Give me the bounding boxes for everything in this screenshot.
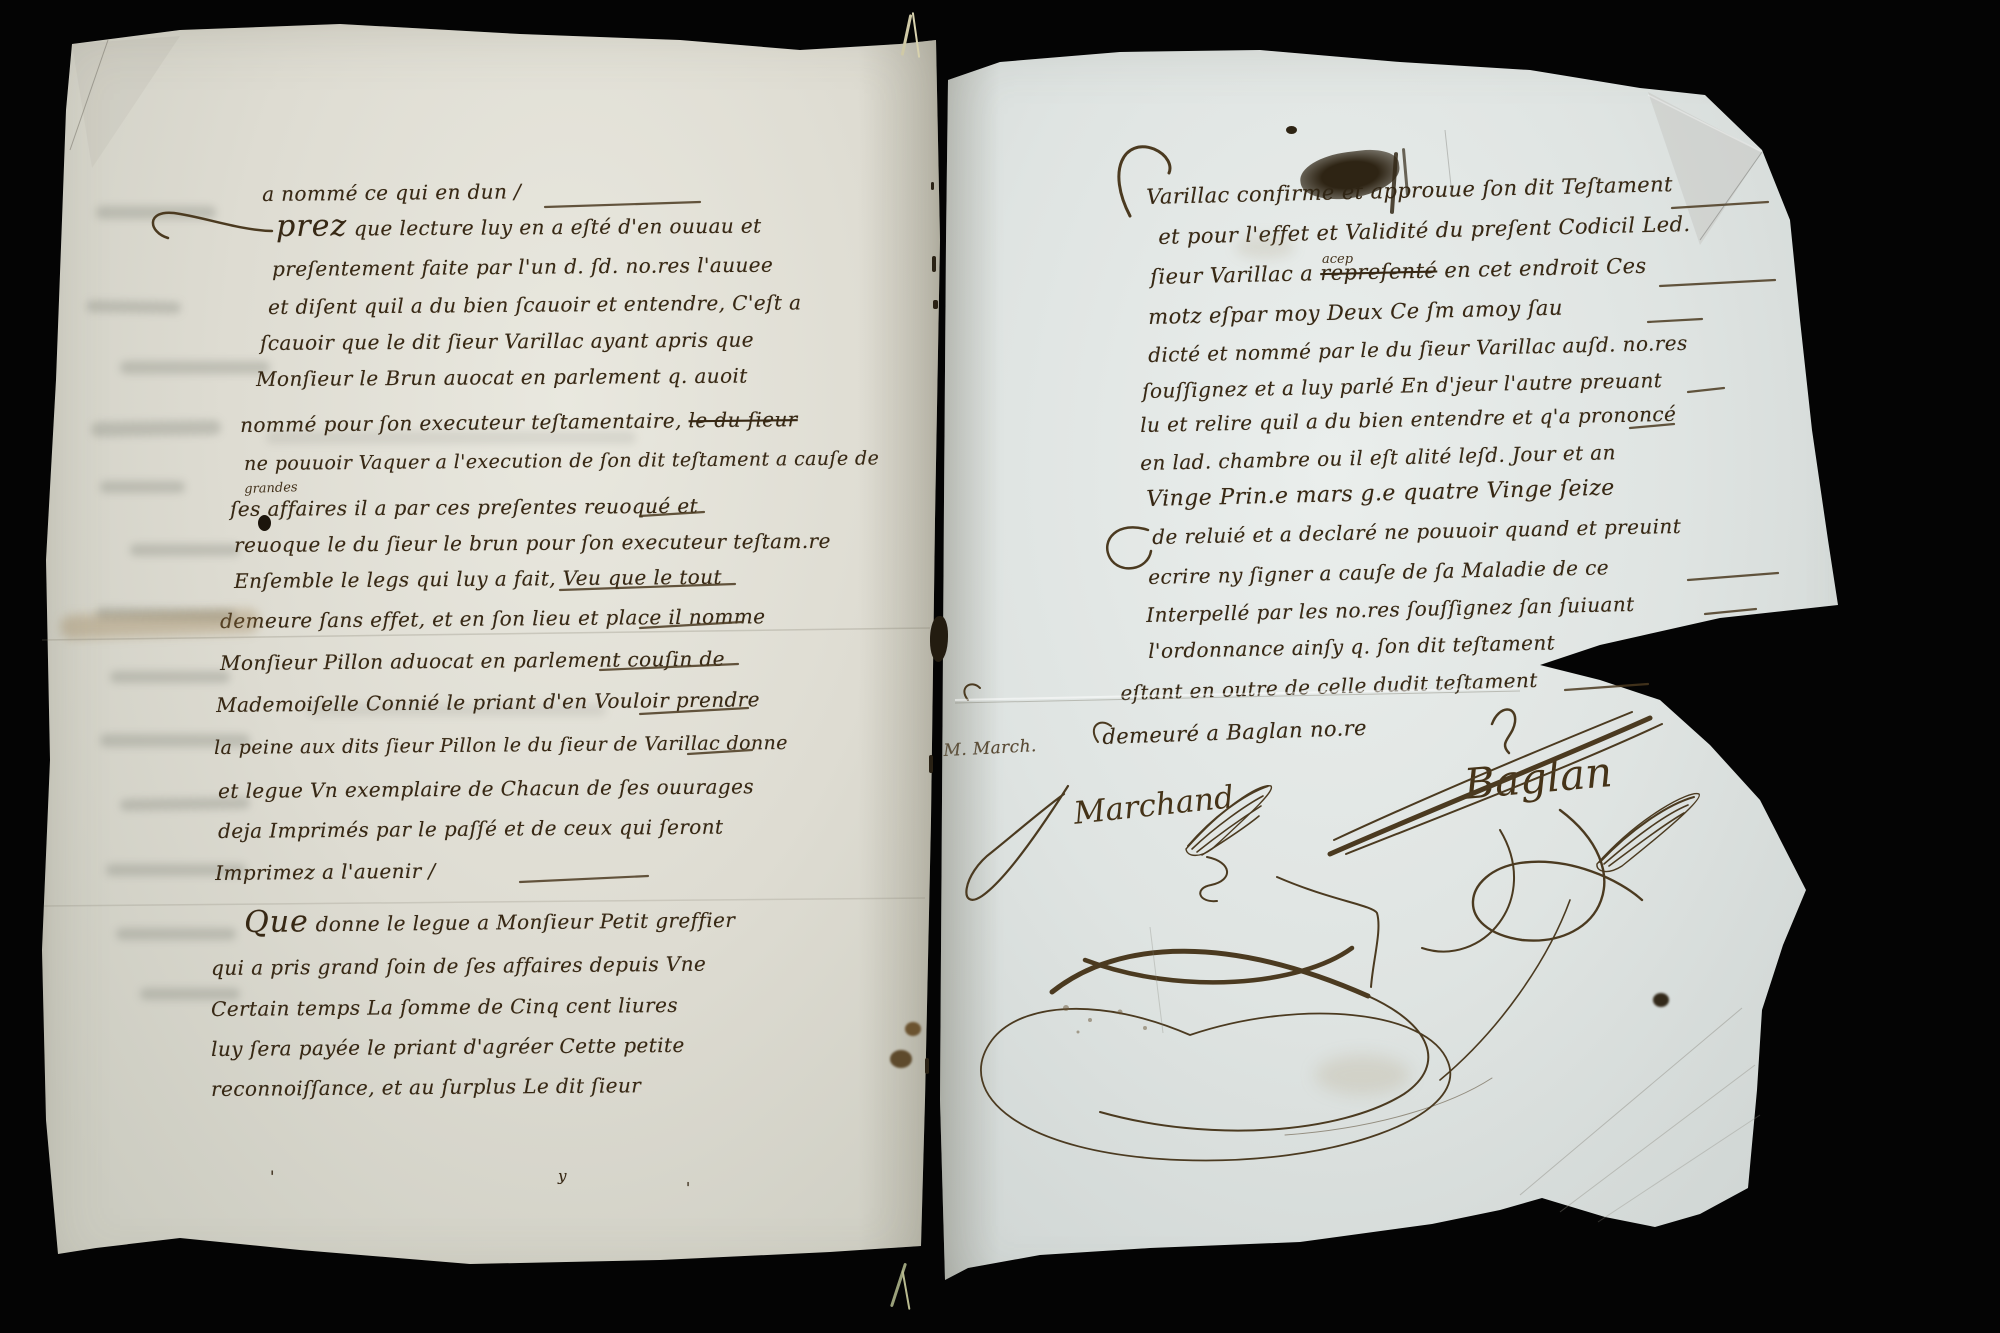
left-page: a nommé ce qui en dun ∕ prez que lecture…	[36, 16, 948, 1292]
manuscript-line: luy ſera payée le priant d'agréer Cette …	[211, 1034, 685, 1060]
manuscript-line: de reluié et a declaré ne pouuoir quand …	[1152, 515, 1681, 548]
manuscript-line: ecrire ny ſigner a cauſe de ſa Maladie d…	[1148, 556, 1609, 588]
manuscript-line: Interpellé par les no.res ſouſſignez ſan…	[1146, 593, 1635, 626]
line-text: reconnoiſſance, et au ſurplus Le dit ſie…	[211, 1073, 641, 1101]
manuscript-line: Mademoiſelle Connié le priant d'en Voulo…	[216, 688, 760, 716]
line-text: ecrire ny ſigner a cauſe de ſa Maladie d…	[1148, 555, 1609, 589]
manuscript-line: ſouſſignez et a luy parlé En d'jeur l'au…	[1142, 369, 1662, 402]
manuscript-line: Vinge Prin.e mars g.e quatre Vinge ſeize	[1146, 477, 1615, 513]
manuscript-line: lu et relire quil a du bien entendre et …	[1140, 403, 1676, 436]
manuscript-line: Que donne le legue a Monſieur Petit gref…	[244, 901, 735, 939]
ink-blot	[258, 515, 271, 531]
line-text: en cet endroit Ces	[1437, 254, 1647, 283]
ghost-writing	[116, 928, 236, 940]
manuscript-line: qui a pris grand ſoin de ſes affaires de…	[211, 953, 706, 979]
manuscript-line: eſtant en outre de celle dudit teſtament	[1120, 669, 1538, 704]
manuscript-line: deja Imprimés par le paſſé et de ceux qu…	[218, 816, 723, 842]
line-text: motz eſpar moy Deux Ce ſm amoy ſau	[1148, 296, 1563, 329]
line-text: Vinge Prin.e mars g.e quatre Vinge ſeize	[1146, 476, 1615, 512]
line-text: Mademoiſelle Connié le priant d'en Voulo…	[216, 687, 760, 717]
line-text: Que	[244, 904, 309, 940]
manuscript-line: Monſieur le Brun auocat en parlement q. …	[256, 365, 748, 390]
line-text: de reluié et a declaré ne pouuoir quand …	[1152, 514, 1681, 549]
line-text: ſouſſignez et a luy parlé En d'jeur l'au…	[1142, 368, 1662, 403]
line-text: y	[558, 1167, 567, 1185]
dog-ear-fold	[66, 36, 186, 176]
line-text: dicté et nommé par le du ſieur Varillac …	[1148, 331, 1688, 367]
line-text: luy ſera payée le priant d'agréer Cette …	[211, 1033, 685, 1061]
line-text: grandes	[244, 480, 298, 497]
line-text: demeure ſans effet, et en ſon lieu et pl…	[220, 604, 766, 633]
line-text: ſes affaires il a par ces preſentes reuo…	[230, 494, 698, 521]
stain	[60, 609, 261, 640]
manuscript-line: Certain temps La ſomme de Cinq cent liur…	[211, 994, 678, 1020]
line-text: '	[686, 1179, 691, 1197]
line-text: deja Imprimés par le paſſé et de ceux qu…	[218, 815, 724, 843]
manuscript-line: en lad. chambre ou il eſt alité leſd. Jo…	[1140, 441, 1616, 474]
struck-text: le du ſieur	[688, 407, 797, 432]
manuscript-line: ne pouuoir Vaquer a l'execution de ſon d…	[244, 448, 879, 474]
line-text: nommé pour ſon executeur teſtamentaire,	[240, 408, 689, 437]
ghost-writing	[91, 420, 221, 437]
line-text: demeuré a Baglan no.re	[1102, 716, 1367, 749]
ink-spot	[1653, 993, 1669, 1007]
inserted-word: grandes	[244, 480, 298, 497]
line-text: preſentement faite par l'un d. ſd. no.re…	[272, 253, 773, 281]
line-text: Varillac confirme et approuue ſon dit Te…	[1146, 172, 1673, 209]
manuscript-line: demeure ſans effet, et en ſon lieu et pl…	[220, 605, 766, 632]
line-text: Monſieur Pillon aduocat en parlement cou…	[220, 647, 725, 675]
line-text: reuoque le du ſieur le brun pour ſon exe…	[234, 529, 831, 557]
line-text: et diſent quil a du bien ſcauoir et ente…	[268, 290, 802, 319]
binding-thread	[902, 1270, 911, 1310]
line-text: et legue Vn exemplaire de Chacun de ſes …	[218, 774, 754, 803]
manuscript-line: ſes affaires il a par ces preſentes reuo…	[230, 495, 698, 520]
line-text: a nommé ce qui en dun ∕	[262, 179, 521, 206]
line-text: Imprimez a l'auenir ∕	[215, 859, 436, 885]
stitch-mark	[933, 300, 938, 309]
stitch-mark	[925, 1058, 929, 1074]
manuscript-line: Monſieur Pillon aduocat en parlement cou…	[220, 648, 725, 674]
spine-stain	[905, 1022, 921, 1036]
line-text: lu et relire quil a du bien entendre et …	[1140, 402, 1677, 437]
stray-ink-mark: '	[686, 1180, 691, 1197]
manuscript-line: ſcauoir que le dit ſieur Varillac ayant …	[260, 329, 754, 354]
manuscript-line: la peine aux dits ſieur Pillon le du ſie…	[214, 733, 788, 759]
stitch-mark	[931, 182, 934, 190]
line-text: prez	[276, 209, 347, 244]
stray-ink-mark: '	[270, 1168, 275, 1186]
manuscript-line: motz eſpar moy Deux Ce ſm amoy ſau	[1148, 297, 1563, 329]
line-text: donne le legue a Monſieur Petit greffier	[316, 908, 736, 936]
line-text: en lad. chambre ou il eſt alité leſd. Jo…	[1140, 440, 1616, 475]
ghost-writing	[100, 481, 185, 493]
manuscript-line: a nommé ce qui en dun ∕	[262, 180, 521, 205]
manuscript-line: Imprimez a l'auenir ∕	[215, 860, 436, 884]
spine-stain	[890, 1050, 912, 1068]
manuscript-line: preſentement faite par l'un d. ſd. no.re…	[272, 254, 773, 280]
stitch-mark	[929, 755, 933, 773]
manuscript-line: Enſemble le legs qui luy a fait, Veu que…	[234, 566, 722, 592]
struck-text: repreſenté	[1320, 258, 1437, 285]
ink-speck	[1286, 126, 1297, 134]
ghost-writing	[96, 206, 216, 219]
manuscript-line: l'ordonnance ainſy q. ſon dit teſtament	[1148, 631, 1555, 662]
line-text: qui a pris grand ſoin de ſes affaires de…	[211, 952, 706, 980]
line-text: Interpellé par les no.res ſouſſignez ſan…	[1146, 592, 1635, 627]
manuscript-line: et legue Vn exemplaire de Chacun de ſes …	[218, 775, 754, 802]
manuscript-line: demeuré a Baglan no.re	[1102, 717, 1367, 749]
manuscript-line: nommé pour ſon executeur teſtamentaire, …	[240, 408, 798, 436]
stain	[1315, 1055, 1410, 1095]
stray-ink-mark: y	[558, 1168, 567, 1185]
stitch-mark	[932, 256, 936, 272]
manuscript-line: reuoque le du ſieur le brun pour ſon exe…	[234, 530, 831, 556]
line-text: Certain temps La ſomme de Cinq cent liur…	[211, 993, 678, 1021]
stain	[1235, 235, 1295, 259]
line-text: ne pouuoir Vaquer a l'execution de ſon d…	[244, 447, 879, 475]
ghost-writing	[120, 361, 270, 374]
line-text: l'ordonnance ainſy q. ſon dit teſtament	[1148, 630, 1555, 663]
ghost-writing	[130, 544, 240, 556]
line-text: la peine aux dits ſieur Pillon le du ſie…	[214, 732, 788, 759]
line-text: eſtant en outre de celle dudit teſtament	[1120, 668, 1538, 705]
line-text: ſcauoir que le dit ſieur Varillac ayant …	[260, 328, 754, 355]
ghost-writing	[110, 671, 230, 683]
line-text: que lecture luy en a eſté d'en ouuau et	[354, 214, 762, 241]
manuscript-line: dicté et nommé par le du ſieur Varillac …	[1148, 332, 1688, 366]
line-text: ſieur Varillac a	[1150, 261, 1321, 289]
manuscript-photograph: a nommé ce qui en dun ∕ prez que lecture…	[0, 0, 2000, 1333]
manuscript-line: et diſent quil a du bien ſcauoir et ente…	[268, 291, 801, 318]
manuscript-line: Varillac confirme et approuue ſon dit Te…	[1146, 173, 1673, 209]
right-page: Varillac confirme et approuue ſon dit Te…	[930, 30, 1880, 1310]
ghost-writing	[86, 300, 181, 314]
line-text: Enſemble le legs qui luy a fait, Veu que…	[234, 565, 722, 593]
manuscript-line: reconnoiſſance, et au ſurplus Le dit ſie…	[211, 1074, 641, 1100]
manuscript-line: prez que lecture luy en a eſté d'en ouua…	[276, 207, 762, 243]
line-text: Monſieur le Brun auocat en parlement q. …	[256, 364, 748, 391]
manuscript-line: ſieur Varillac a repreſenté en cet endro…	[1150, 255, 1647, 289]
line-text: '	[270, 1167, 275, 1186]
gutter-shadow	[930, 30, 1000, 1310]
